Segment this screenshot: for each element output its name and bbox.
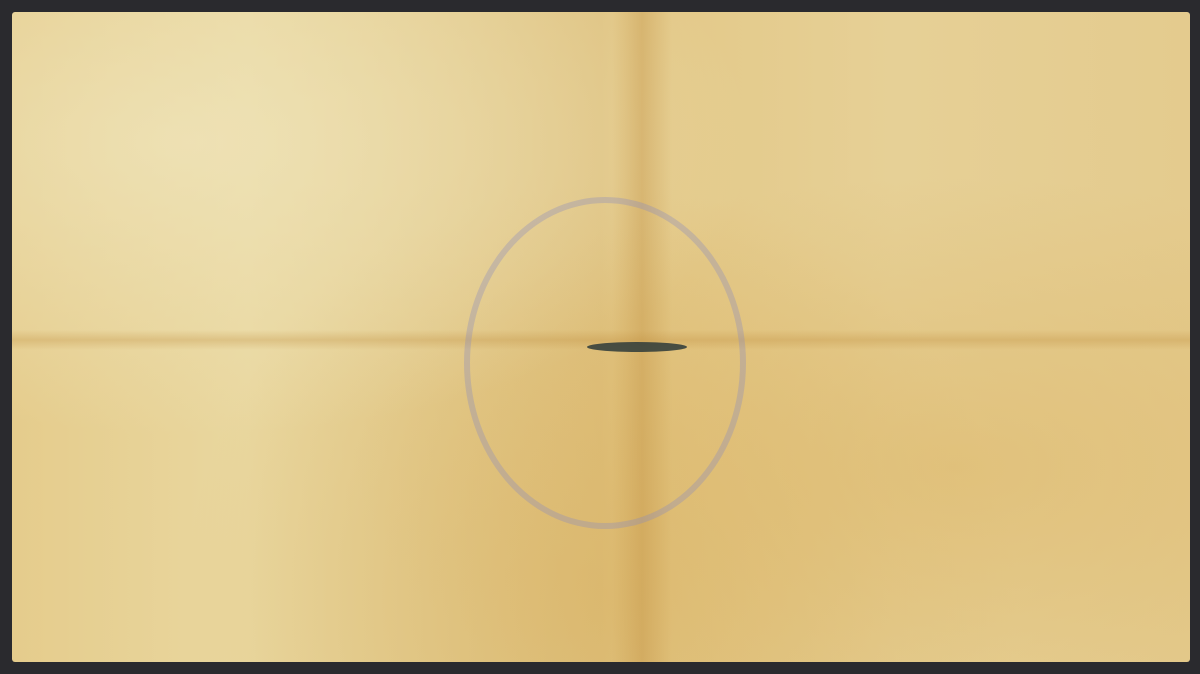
circular-stamp xyxy=(464,197,746,529)
center-tear xyxy=(587,342,687,352)
banknote-back xyxy=(12,12,1190,662)
